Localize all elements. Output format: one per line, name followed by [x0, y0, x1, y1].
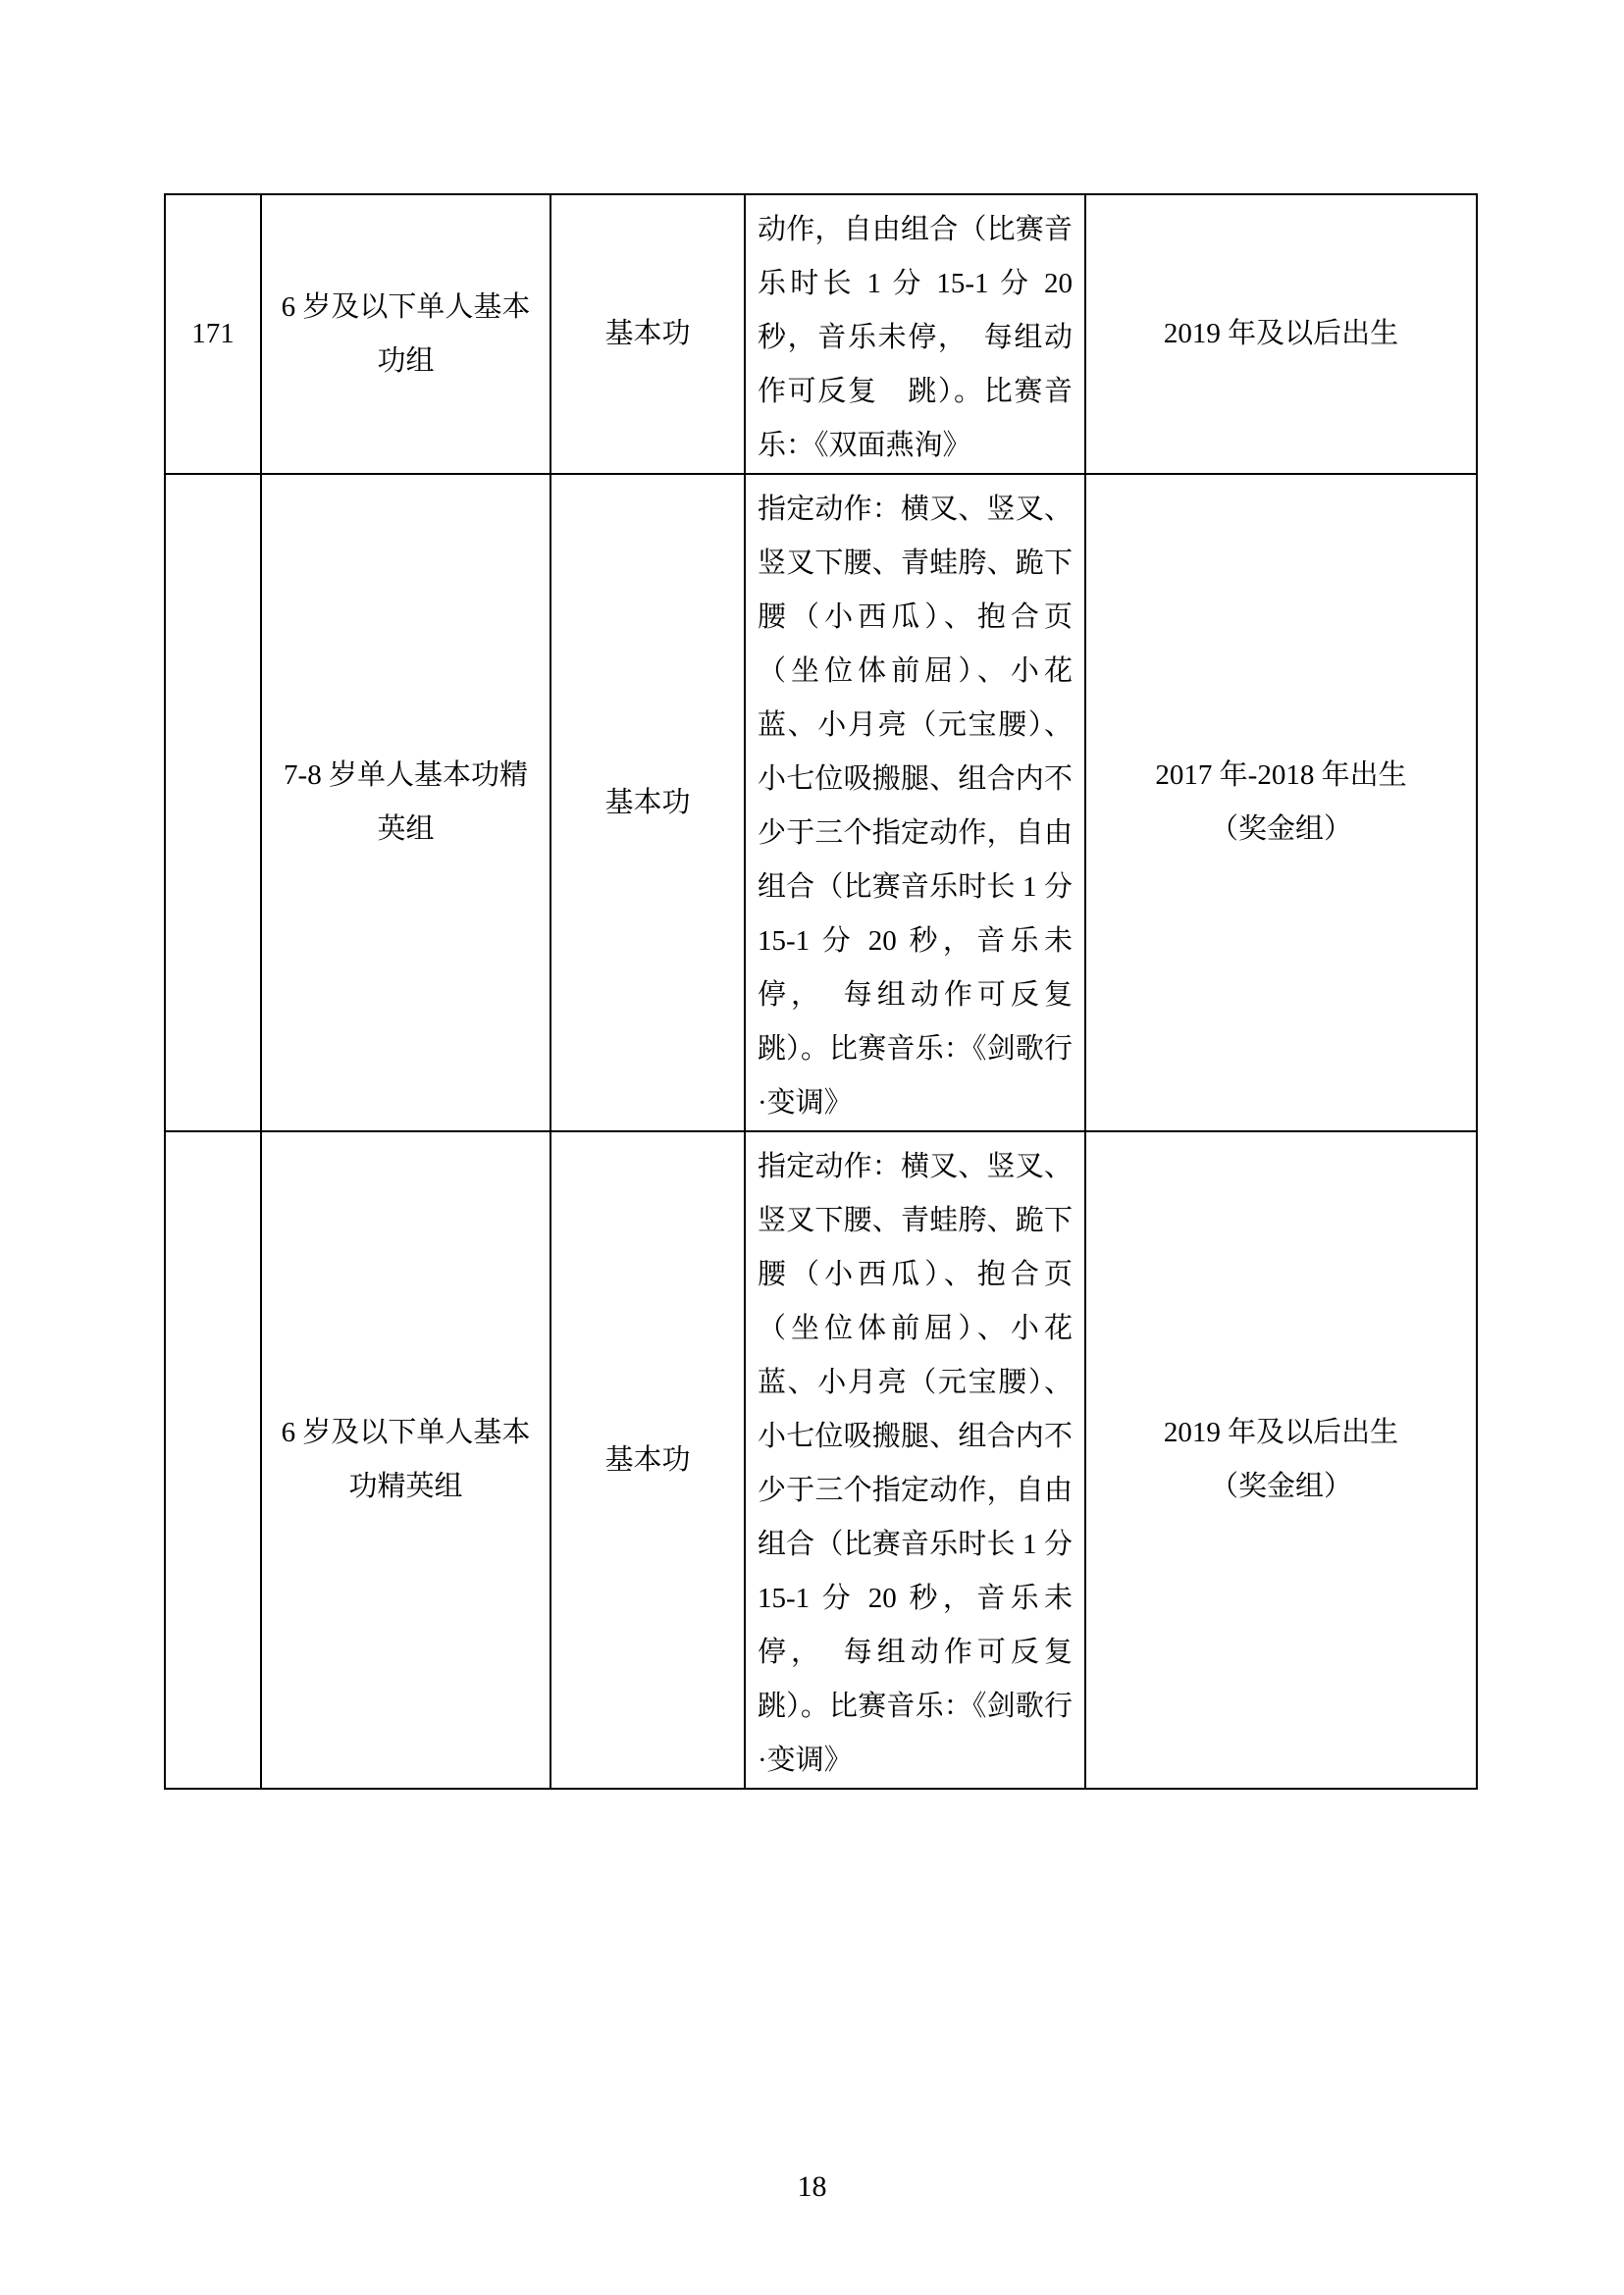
- birth-year-cell: 2019 年及以后出生: [1085, 194, 1477, 474]
- requirements-cell: 动作，自由组合（比赛音乐时长 1 分 15-1 分 20 秒，音乐未停， 每组动…: [745, 194, 1085, 474]
- row-number-cell: [165, 474, 261, 1131]
- group-name-cell: 7-8 岁单人基本功精英组: [261, 474, 550, 1131]
- category-cell: 基本功: [550, 194, 745, 474]
- group-name-cell: 6 岁及以下单人基本功组: [261, 194, 550, 474]
- competition-groups-table: 171 6 岁及以下单人基本功组 基本功 动作，自由组合（比赛音乐时长 1 分 …: [164, 193, 1478, 1790]
- group-name-cell: 6 岁及以下单人基本功精英组: [261, 1131, 550, 1789]
- table-row: 6 岁及以下单人基本功精英组 基本功 指定动作：横叉、竖叉、竖叉下腰、青蛙胯、跪…: [165, 1131, 1477, 1789]
- requirements-cell: 指定动作：横叉、竖叉、竖叉下腰、青蛙胯、跪下腰（小西瓜）、抱合页（坐位体前屈）、…: [745, 474, 1085, 1131]
- birth-year-cell: 2019 年及以后出生 （奖金组）: [1085, 1131, 1477, 1789]
- row-number-cell: [165, 1131, 261, 1789]
- row-number-cell: 171: [165, 194, 261, 474]
- table-row: 171 6 岁及以下单人基本功组 基本功 动作，自由组合（比赛音乐时长 1 分 …: [165, 194, 1477, 474]
- page-number: 18: [0, 2170, 1624, 2204]
- requirements-cell: 指定动作：横叉、竖叉、竖叉下腰、青蛙胯、跪下腰（小西瓜）、抱合页（坐位体前屈）、…: [745, 1131, 1085, 1789]
- category-cell: 基本功: [550, 1131, 745, 1789]
- table-row: 7-8 岁单人基本功精英组 基本功 指定动作：横叉、竖叉、竖叉下腰、青蛙胯、跪下…: [165, 474, 1477, 1131]
- document-page: 171 6 岁及以下单人基本功组 基本功 动作，自由组合（比赛音乐时长 1 分 …: [0, 0, 1624, 2295]
- birth-year-cell: 2017 年-2018 年出生 （奖金组）: [1085, 474, 1477, 1131]
- category-cell: 基本功: [550, 474, 745, 1131]
